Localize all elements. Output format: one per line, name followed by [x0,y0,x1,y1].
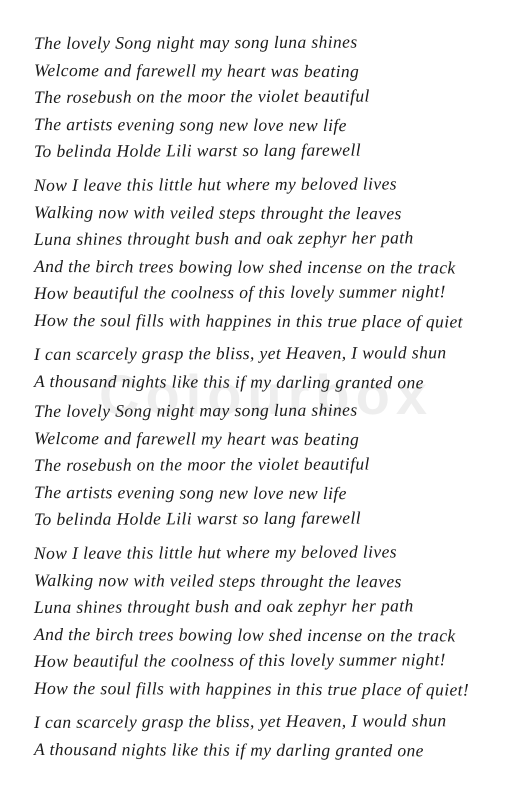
handwritten-line: Luna shines throught bush and oak zephyr… [34,592,522,621]
handwritten-line: How beautiful the coolness of this lovel… [34,278,522,307]
handwritten-line: How the soul fills with happines in this… [34,675,522,704]
stanza-2: Now I leave this little hut where my bel… [34,172,522,334]
handwritten-line: How the soul fills with happines in this… [34,307,522,336]
poem-copy-2: The lovely Song night may song luna shin… [34,398,522,763]
handwritten-line: To belinda Holde Lili warst so lang fare… [34,504,522,533]
handwritten-line: The rosebush on the moor the violet beau… [34,450,522,479]
handwritten-line: How beautiful the coolness of this lovel… [34,646,522,675]
poem-copy-1: The lovely Song night may song luna shin… [34,30,522,395]
stanza-1: The lovely Song night may song luna shin… [34,30,522,165]
handwritten-line: Now I leave this little hut where my bel… [34,170,522,199]
handwritten-line: To belinda Holde Lili warst so lang fare… [34,136,522,165]
handwritten-line: I can scarcely grasp the bliss, yet Heav… [34,339,522,368]
stanza-4: The lovely Song night may song luna shin… [34,398,522,533]
handwritten-line: The rosebush on the moor the violet beau… [34,82,522,111]
stanza-3: I can scarcely grasp the bliss, yet Heav… [34,341,522,395]
letter-page: Colourbox The lovely Song night may song… [0,0,532,800]
handwritten-line: A thousand nights like this if my darlin… [34,368,522,397]
stanza-5: Now I leave this little hut where my bel… [34,540,522,702]
handwritten-line: A thousand nights like this if my darlin… [34,736,522,765]
handwritten-line: The lovely Song night may song luna shin… [34,28,522,57]
handwritten-line: Luna shines throught bush and oak zephyr… [34,224,522,253]
stanza-6: I can scarcely grasp the bliss, yet Heav… [34,709,522,763]
handwritten-line: Now I leave this little hut where my bel… [34,538,522,567]
handwritten-line: I can scarcely grasp the bliss, yet Heav… [34,707,522,736]
handwritten-line: The lovely Song night may song luna shin… [34,396,522,425]
